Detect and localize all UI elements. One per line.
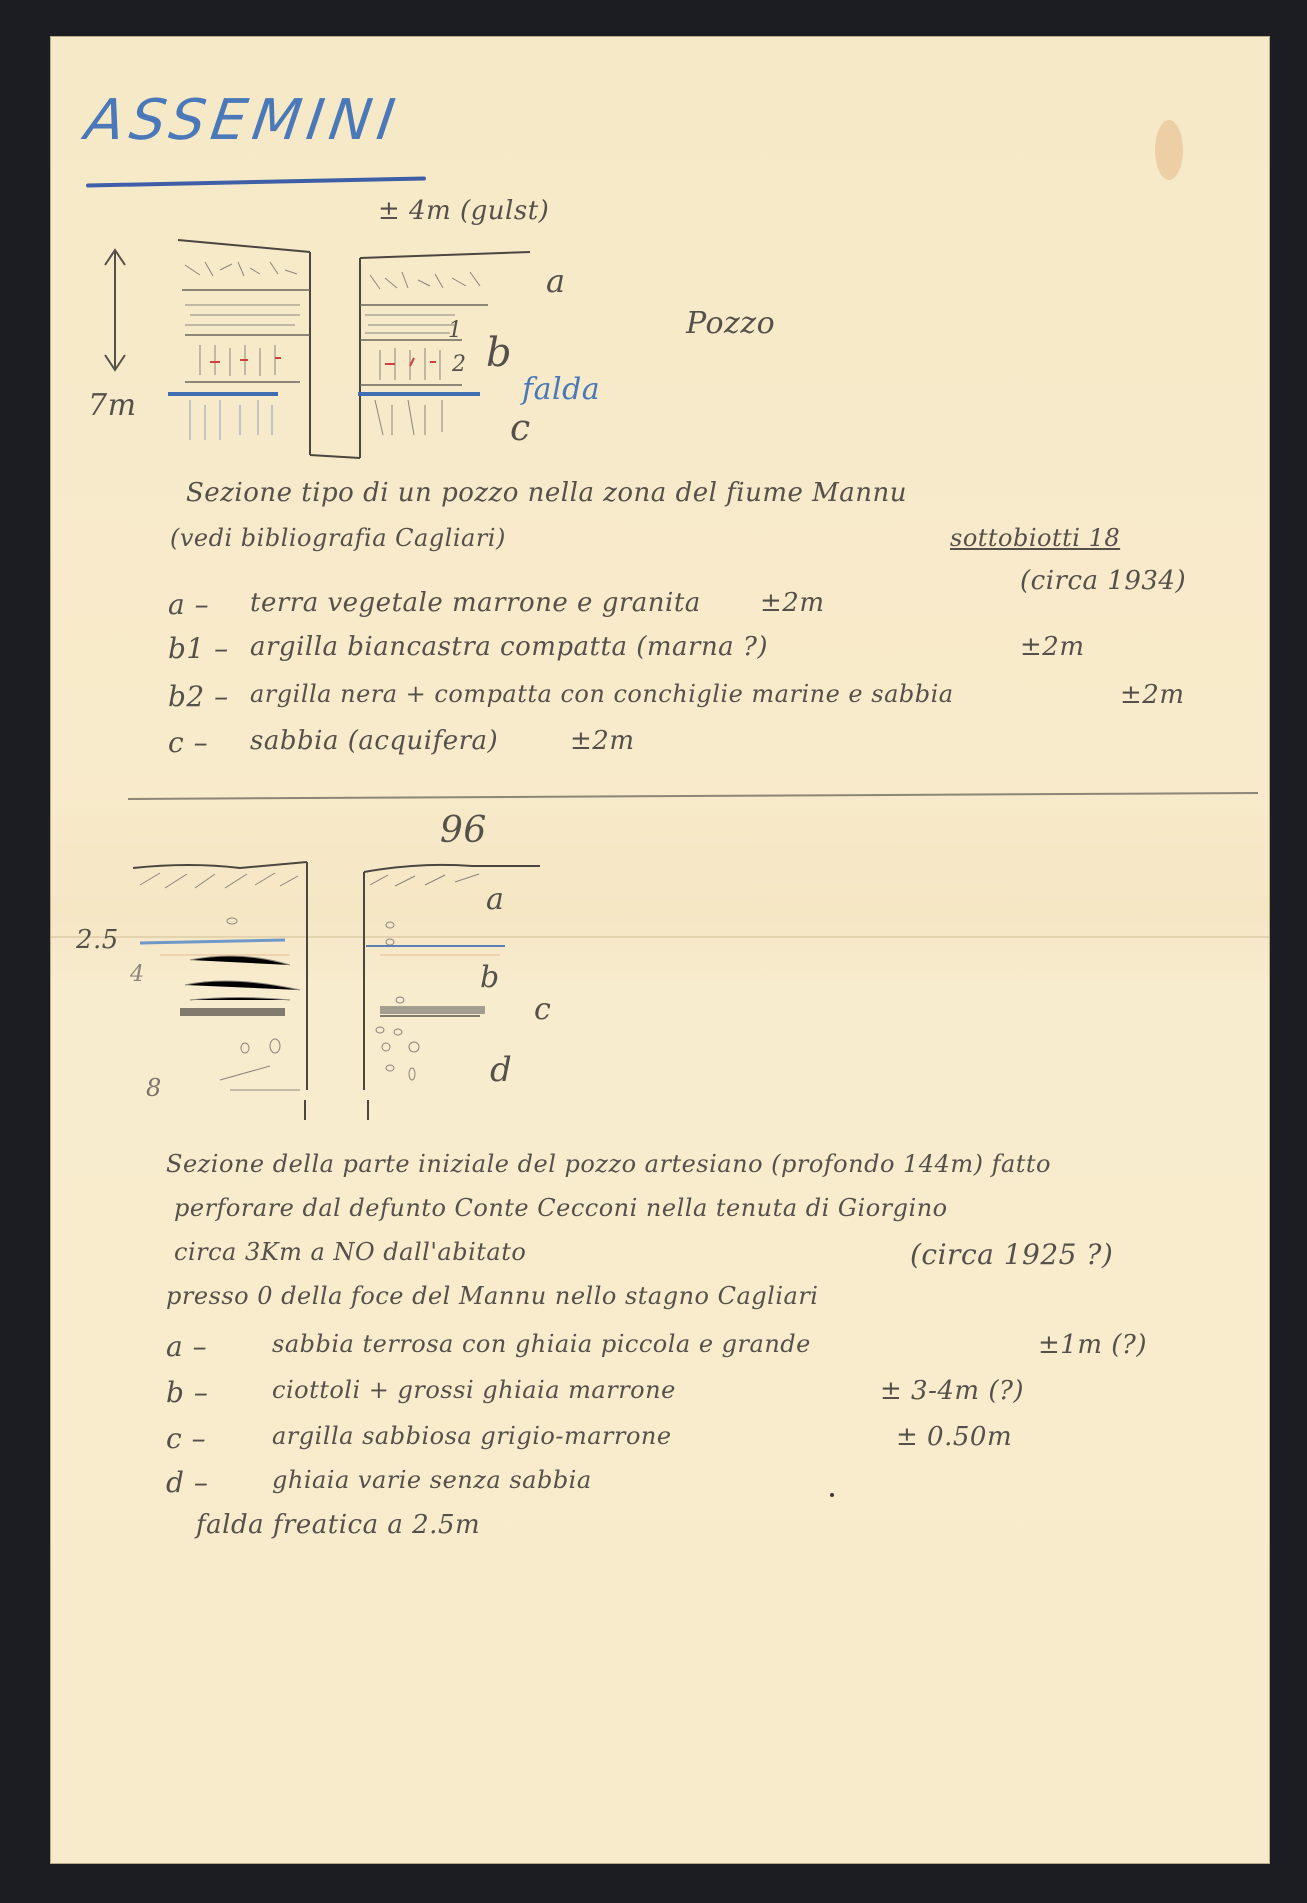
falda-note: falda freatica a 2.5m (196, 1510, 480, 1540)
legend-text: ghiaia varie senza sabbia (272, 1466, 592, 1494)
legend-key: a – (166, 1330, 207, 1363)
legend-text: argilla sabbiosa grigio-marrone (272, 1422, 672, 1450)
legend-key: b – (166, 1376, 208, 1409)
well-section-2-sketch (0, 0, 1307, 1903)
legend-key: d – (166, 1466, 208, 1499)
legend-thickness: ± 3-4m (?) (880, 1376, 1024, 1406)
legend-thickness: ±1m (?) (1038, 1330, 1147, 1360)
section2-caption-year: (circa 1925 ?) (910, 1238, 1113, 1271)
section2-caption-line1: Sezione della parte iniziale del pozzo a… (166, 1150, 1051, 1178)
legend-text: sabbia terrosa con ghiaia piccola e gran… (272, 1330, 811, 1358)
legend-key: c – (166, 1422, 206, 1455)
section2-caption-line4: presso 0 della foce del Mannu nello stag… (166, 1282, 818, 1310)
legend-text: ciottoli + grossi ghiaia marrone (272, 1376, 676, 1404)
section2-caption-line3: circa 3Km a NO dall'abitato (174, 1238, 526, 1266)
legend-thickness: ± 0.50m (896, 1422, 1012, 1452)
section2-caption-line2: perforare dal defunto Conte Cecconi nell… (174, 1194, 948, 1222)
pencil-dot (830, 1493, 834, 1497)
